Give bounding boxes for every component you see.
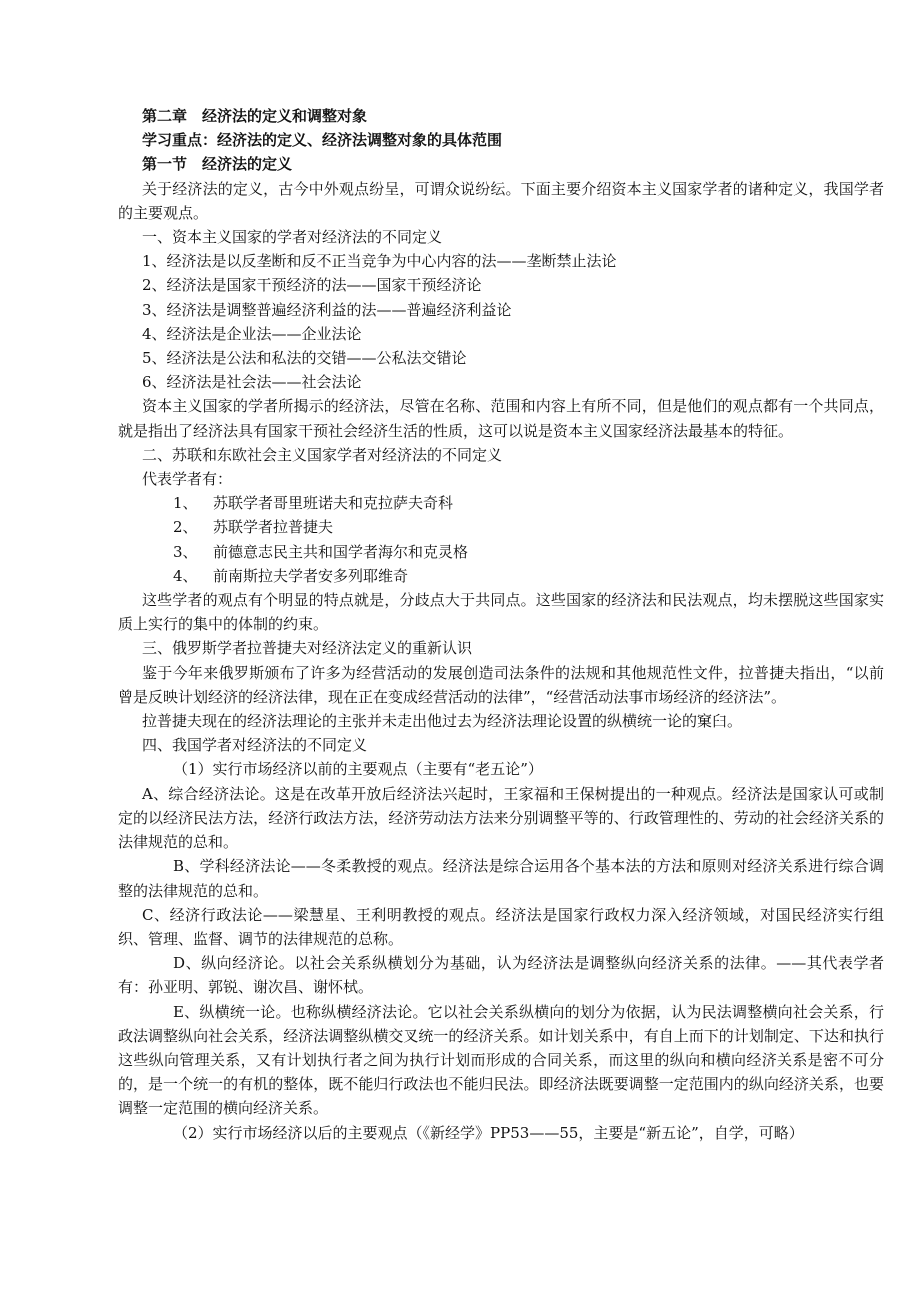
list-item: 2、经济法是国家干预经济的法——国家干预经济论 (118, 273, 884, 297)
list-item: 3、 前德意志民主共和国学者海尔和克灵格 (173, 540, 884, 564)
view-b: B、学科经济法论——冬柔教授的观点。经济法是综合运用各个基本法的方法和原则对经济… (118, 854, 884, 902)
part3-paragraph-2: 拉普捷夫现在的经济法理论的主张并未走出他过去为经济法理论设置的纵横统一论的窠臼。 (118, 709, 884, 733)
list-number: 2、 (173, 515, 213, 539)
section-title: 第一节 经济法的定义 (118, 152, 884, 176)
representatives-label: 代表学者有： (118, 467, 884, 491)
view-c: C、经济行政法论——梁慧星、王利明教授的观点。经济法是国家行政权力深入经济领域，… (118, 903, 884, 951)
part1-heading: 一、资本主义国家的学者对经济法的不同定义 (118, 225, 884, 249)
chapter-title: 第二章 经济法的定义和调整对象 (118, 104, 884, 128)
list-number: 1、 (173, 491, 213, 515)
list-text: 苏联学者拉普捷夫 (213, 515, 333, 539)
representatives-list: 1、 苏联学者哥里班诺夫和克拉萨夫奇科 2、 苏联学者拉普捷夫 3、 前德意志民… (118, 491, 884, 588)
study-focus: 学习重点：经济法的定义、经济法调整对象的具体范围 (118, 128, 884, 152)
list-item: 6、经济法是社会法——社会法论 (118, 370, 884, 394)
view-a: A、综合经济法论。这是在改革开放后经济法兴起时，王家福和王保树提出的一种观点。经… (118, 782, 884, 855)
list-text: 前南斯拉夫学者安多列耶维奇 (213, 564, 408, 588)
list-item: 1、经济法是以反垄断和反不正当竞争为中心内容的法——垄断禁止法论 (118, 249, 884, 273)
list-item: 5、经济法是公法和私法的交错——公私法交错论 (118, 346, 884, 370)
list-text: 苏联学者哥里班诺夫和克拉萨夫奇科 (213, 491, 453, 515)
part1-summary: 资本主义国家的学者所揭示的经济法，尽管在名称、范围和内容上有所不同，但是他们的观… (118, 394, 884, 442)
view-e: E、纵横统一论。也称纵横经济法论。它以社会关系纵横向的划分为依据，认为民法调整横… (118, 1000, 884, 1121)
part4-subheading-1: （1）实行市场经济以前的主要观点（主要有“老五论”） (118, 757, 884, 781)
intro-paragraph: 关于经济法的定义，古今中外观点纷呈，可谓众说纷纭。下面主要介绍资本主义国家学者的… (118, 177, 884, 225)
list-number: 3、 (173, 540, 213, 564)
part4-heading: 四、我国学者对经济法的不同定义 (118, 733, 884, 757)
list-item: 2、 苏联学者拉普捷夫 (173, 515, 884, 539)
part4-subheading-2: （2）实行市场经济以后的主要观点（《新经学》PP53——55，主要是“新五论”，… (118, 1121, 884, 1145)
part3-heading: 三、俄罗斯学者拉普捷夫对经济法定义的重新认识 (118, 636, 884, 660)
view-d: D、纵向经济论。以社会关系纵横划分为基础，认为经济法是调整纵向经济关系的法律。—… (118, 951, 884, 999)
document-page: 第二章 经济法的定义和调整对象 学习重点：经济法的定义、经济法调整对象的具体范围… (118, 104, 884, 1145)
part2-summary: 这些学者的观点有个明显的特点就是，分歧点大于共同点。这些国家的经济法和民法观点，… (118, 588, 884, 636)
list-item: 4、 前南斯拉夫学者安多列耶维奇 (173, 564, 884, 588)
list-item: 3、经济法是调整普遍经济利益的法——普遍经济利益论 (118, 298, 884, 322)
list-item: 4、经济法是企业法——企业法论 (118, 322, 884, 346)
part3-paragraph-1: 鉴于今年来俄罗斯颁布了许多为经营活动的发展创造司法条件的法规和其他规范性文件，拉… (118, 661, 884, 709)
list-text: 前德意志民主共和国学者海尔和克灵格 (213, 540, 468, 564)
part2-heading: 二、苏联和东欧社会主义国家学者对经济法的不同定义 (118, 443, 884, 467)
list-item: 1、 苏联学者哥里班诺夫和克拉萨夫奇科 (173, 491, 884, 515)
list-number: 4、 (173, 564, 213, 588)
